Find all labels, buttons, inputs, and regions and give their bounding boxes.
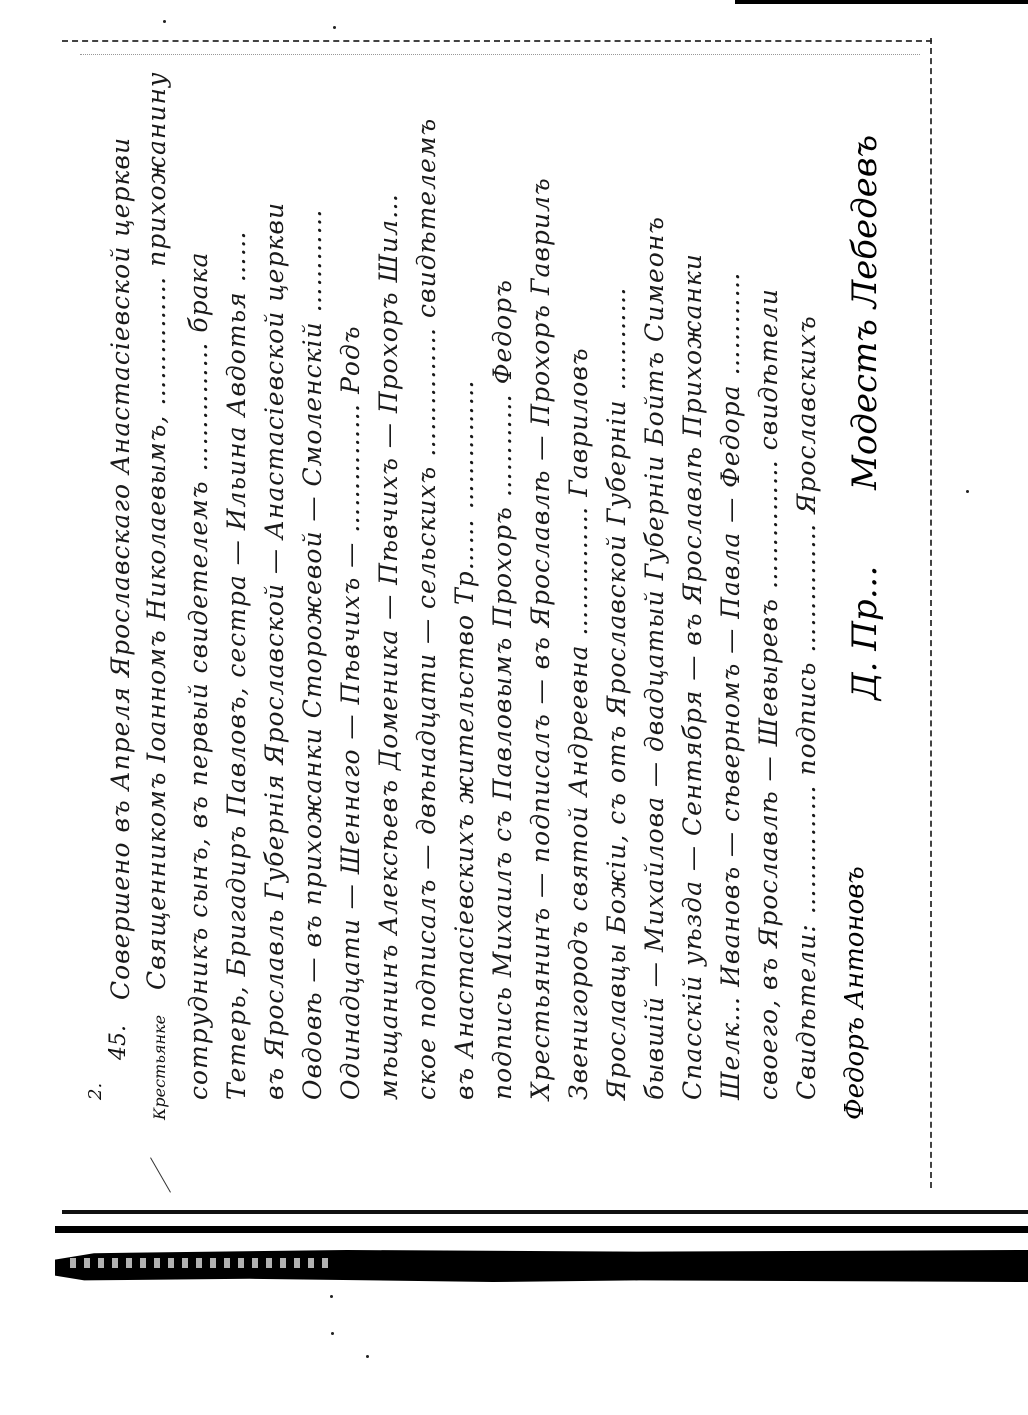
text-line: Тетерь, Бригадиръ Павловъ, сестра — Ильи… xyxy=(222,230,251,1100)
text-line: Шелк… Ивановъ — сѣверномъ — Павла — Федо… xyxy=(716,272,745,1100)
scan-dot xyxy=(163,20,166,23)
page-edge-mark xyxy=(150,1157,171,1192)
page-border-top xyxy=(62,40,932,42)
signature: Модестъ Лебедевъ xyxy=(845,135,885,490)
text-line: Совершено въ Апреля Ярославскаго Анастас… xyxy=(106,137,135,1000)
text-line: бывшій — Михайлова — двадцатый Губерніи … xyxy=(640,216,669,1100)
scan-dot xyxy=(333,26,336,29)
scan-binding-texture xyxy=(70,1258,330,1268)
text-line: сотрудникъ сынъ, въ первый свидетелемъ …… xyxy=(184,252,213,1100)
folio-mark: 2. xyxy=(85,1083,106,1100)
entry-number: 45. xyxy=(106,1025,131,1060)
text-line: Священникомъ Іоанномъ Николаевымъ, ……………… xyxy=(142,72,171,990)
signature: Федоръ Антоновъ xyxy=(840,866,870,1120)
text-line: Свидѣтели: …………… подпись …………… Ярославск… xyxy=(792,315,821,1100)
text-line: своего, въ Ярославлѣ — Шевыревъ …………… св… xyxy=(754,288,783,1100)
text-line: въ Анастасіевскихъ жительство Тр…… …………… xyxy=(450,379,479,1100)
page-border-right xyxy=(930,38,932,1188)
margin-note: Крестьянке xyxy=(150,1015,169,1120)
page-text: 2. 45. Крестьянке Совершено въ Апреля Яр… xyxy=(70,100,930,1120)
scan-dot xyxy=(330,1295,333,1298)
text-line: Звенигородъ святой Андреевна …………… Гаври… xyxy=(564,347,593,1100)
text-line: Спасскій уѣзда — Сентября — въ Ярославлѣ… xyxy=(678,253,707,1100)
text-line: Ярославцы Божіи, съ отъ Ярославской Губе… xyxy=(602,287,631,1100)
text-line: Овдовѣ — въ прихожанки Сторожевой — Смол… xyxy=(298,208,327,1100)
text-line: въ Ярославль Губернія Ярославской — Анас… xyxy=(260,202,289,1100)
scan-dot xyxy=(366,1355,369,1358)
page-border-top-inner xyxy=(80,54,920,55)
scan-edge-line xyxy=(55,1226,1028,1233)
scan-dot xyxy=(966,490,969,493)
text-line: Хрестьянинъ — подписалъ — въ Ярославлѣ —… xyxy=(526,177,555,1100)
text-line: мѣщанинъ Алексѣевъ Доменика — Пѣвчихъ — … xyxy=(374,193,403,1100)
text-line: ское подписалъ — двѣнадцати — сельскихъ … xyxy=(412,118,441,1100)
scan-edge-line xyxy=(62,1210,1028,1214)
text-line: Одинадцати — Шеннаго — Пѣвчихъ — …………… Р… xyxy=(336,326,365,1101)
scan-dot xyxy=(331,1332,334,1335)
signature: Д. Пр… xyxy=(845,565,885,700)
text-line: подпись Михаилъ съ Павловымъ Прохоръ ………… xyxy=(488,279,517,1100)
top-black-bar xyxy=(735,0,1028,4)
